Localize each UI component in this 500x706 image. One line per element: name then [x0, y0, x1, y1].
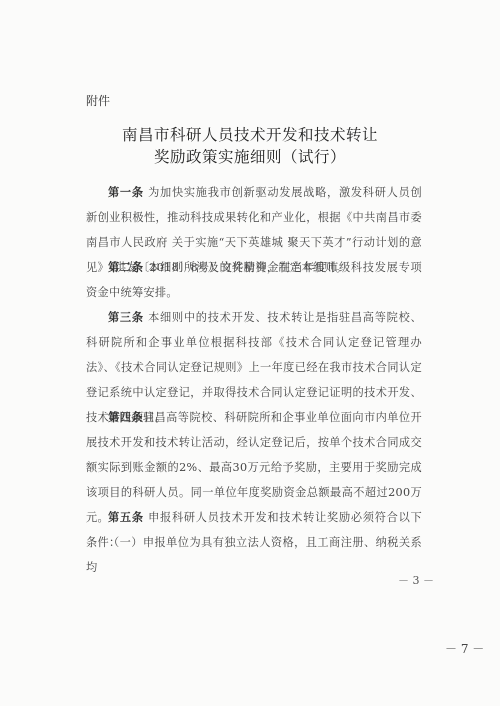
- document-page: 附件 南昌市科研人员技术开发和技术转让 奖励政策实施细则（试行） 第一条 为加快…: [0, 0, 500, 706]
- document-title-line2: 奖励政策实施细则（试行）: [0, 145, 500, 167]
- document-title-line1: 南昌市科研人员技术开发和技术转让: [0, 123, 500, 145]
- inner-page-number: － 3 －: [398, 572, 434, 588]
- article-label: 第三条: [108, 311, 144, 324]
- article-label: 第二条: [108, 261, 144, 274]
- article-label: 第四条: [108, 411, 143, 424]
- article-label: 第一条: [108, 186, 144, 199]
- article-label: 第五条: [108, 511, 144, 524]
- outer-page-number: － 7 －: [445, 640, 484, 657]
- article-2: 第二条 本细则所涉及的奖励资金在当年度市级科技发展专项资金中统筹安排。: [86, 255, 422, 305]
- clause-1: （一）申报单位为具有独立法人资格，且工商注册、纳税关系均: [86, 530, 422, 580]
- attachment-label: 附件: [86, 92, 110, 109]
